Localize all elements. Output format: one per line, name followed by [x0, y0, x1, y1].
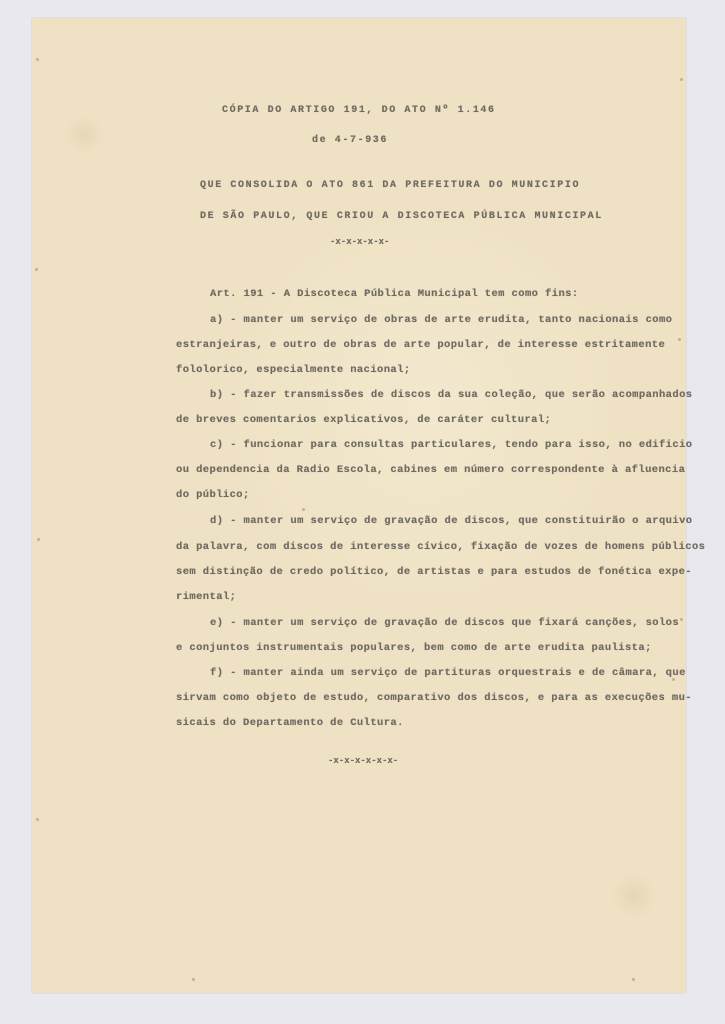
separator-top: -x-x-x-x-x- — [330, 237, 389, 247]
paper-stain — [37, 538, 40, 541]
item-c-line-1: c) - funcionar para consultas particular… — [210, 439, 692, 451]
item-b-line-2: de breves comentarios explicativos, de c… — [176, 414, 551, 426]
item-a-line-3: fololorico, especialmente nacional; — [176, 364, 411, 376]
separator-bottom: -x-x-x-x-x-x- — [328, 756, 398, 766]
item-c-line-2: ou dependencia da Radio Escola, cabines … — [176, 464, 685, 476]
item-c-line-3: do público; — [176, 489, 250, 501]
paper-stain — [192, 978, 195, 981]
paper-stain — [632, 978, 635, 981]
item-d-line-2: da palavra, com discos de interesse cívi… — [176, 541, 705, 553]
typewritten-document-page — [32, 18, 686, 993]
item-d-line-1: d) - manter um serviço de gravação de di… — [210, 515, 692, 527]
item-e-line-1: e) - manter um serviço de gravação de di… — [210, 617, 679, 629]
paper-stain — [302, 508, 305, 511]
item-e-line-2: e conjuntos instrumentais populares, bem… — [176, 642, 652, 654]
item-d-line-3: sem distinção de credo político, de arti… — [176, 566, 692, 578]
paper-stain — [36, 818, 39, 821]
document-subtitle-line-1: QUE CONSOLIDA O ATO 861 DA PREFEITURA DO… — [200, 180, 580, 191]
item-f-line-3: sicais do Departamento de Cultura. — [176, 717, 404, 729]
item-f-line-2: sirvam como objeto de estudo, comparativ… — [176, 692, 692, 704]
document-date: de 4-7-936 — [312, 135, 388, 146]
paper-stain — [35, 268, 38, 271]
paper-stain — [678, 338, 681, 341]
item-a-line-2: estranjeiras, e outro de obras de arte p… — [176, 339, 665, 351]
item-d-line-4: rimental; — [176, 591, 236, 603]
item-b-line-1: b) - fazer transmissões de discos da sua… — [210, 389, 692, 401]
paper-stain — [680, 618, 683, 621]
document-title: CÓPIA DO ARTIGO 191, DO ATO Nº 1.146 — [222, 105, 496, 116]
paper-stain — [680, 78, 683, 81]
article-intro: Art. 191 - A Discoteca Pública Municipal… — [210, 288, 579, 300]
item-a-line-1: a) - manter um serviço de obras de arte … — [210, 314, 672, 326]
item-f-line-1: f) - manter ainda um serviço de partitur… — [210, 667, 686, 679]
document-subtitle-line-2: DE SÃO PAULO, QUE CRIOU A DISCOTECA PÚBL… — [200, 211, 603, 222]
paper-stain — [36, 58, 39, 61]
